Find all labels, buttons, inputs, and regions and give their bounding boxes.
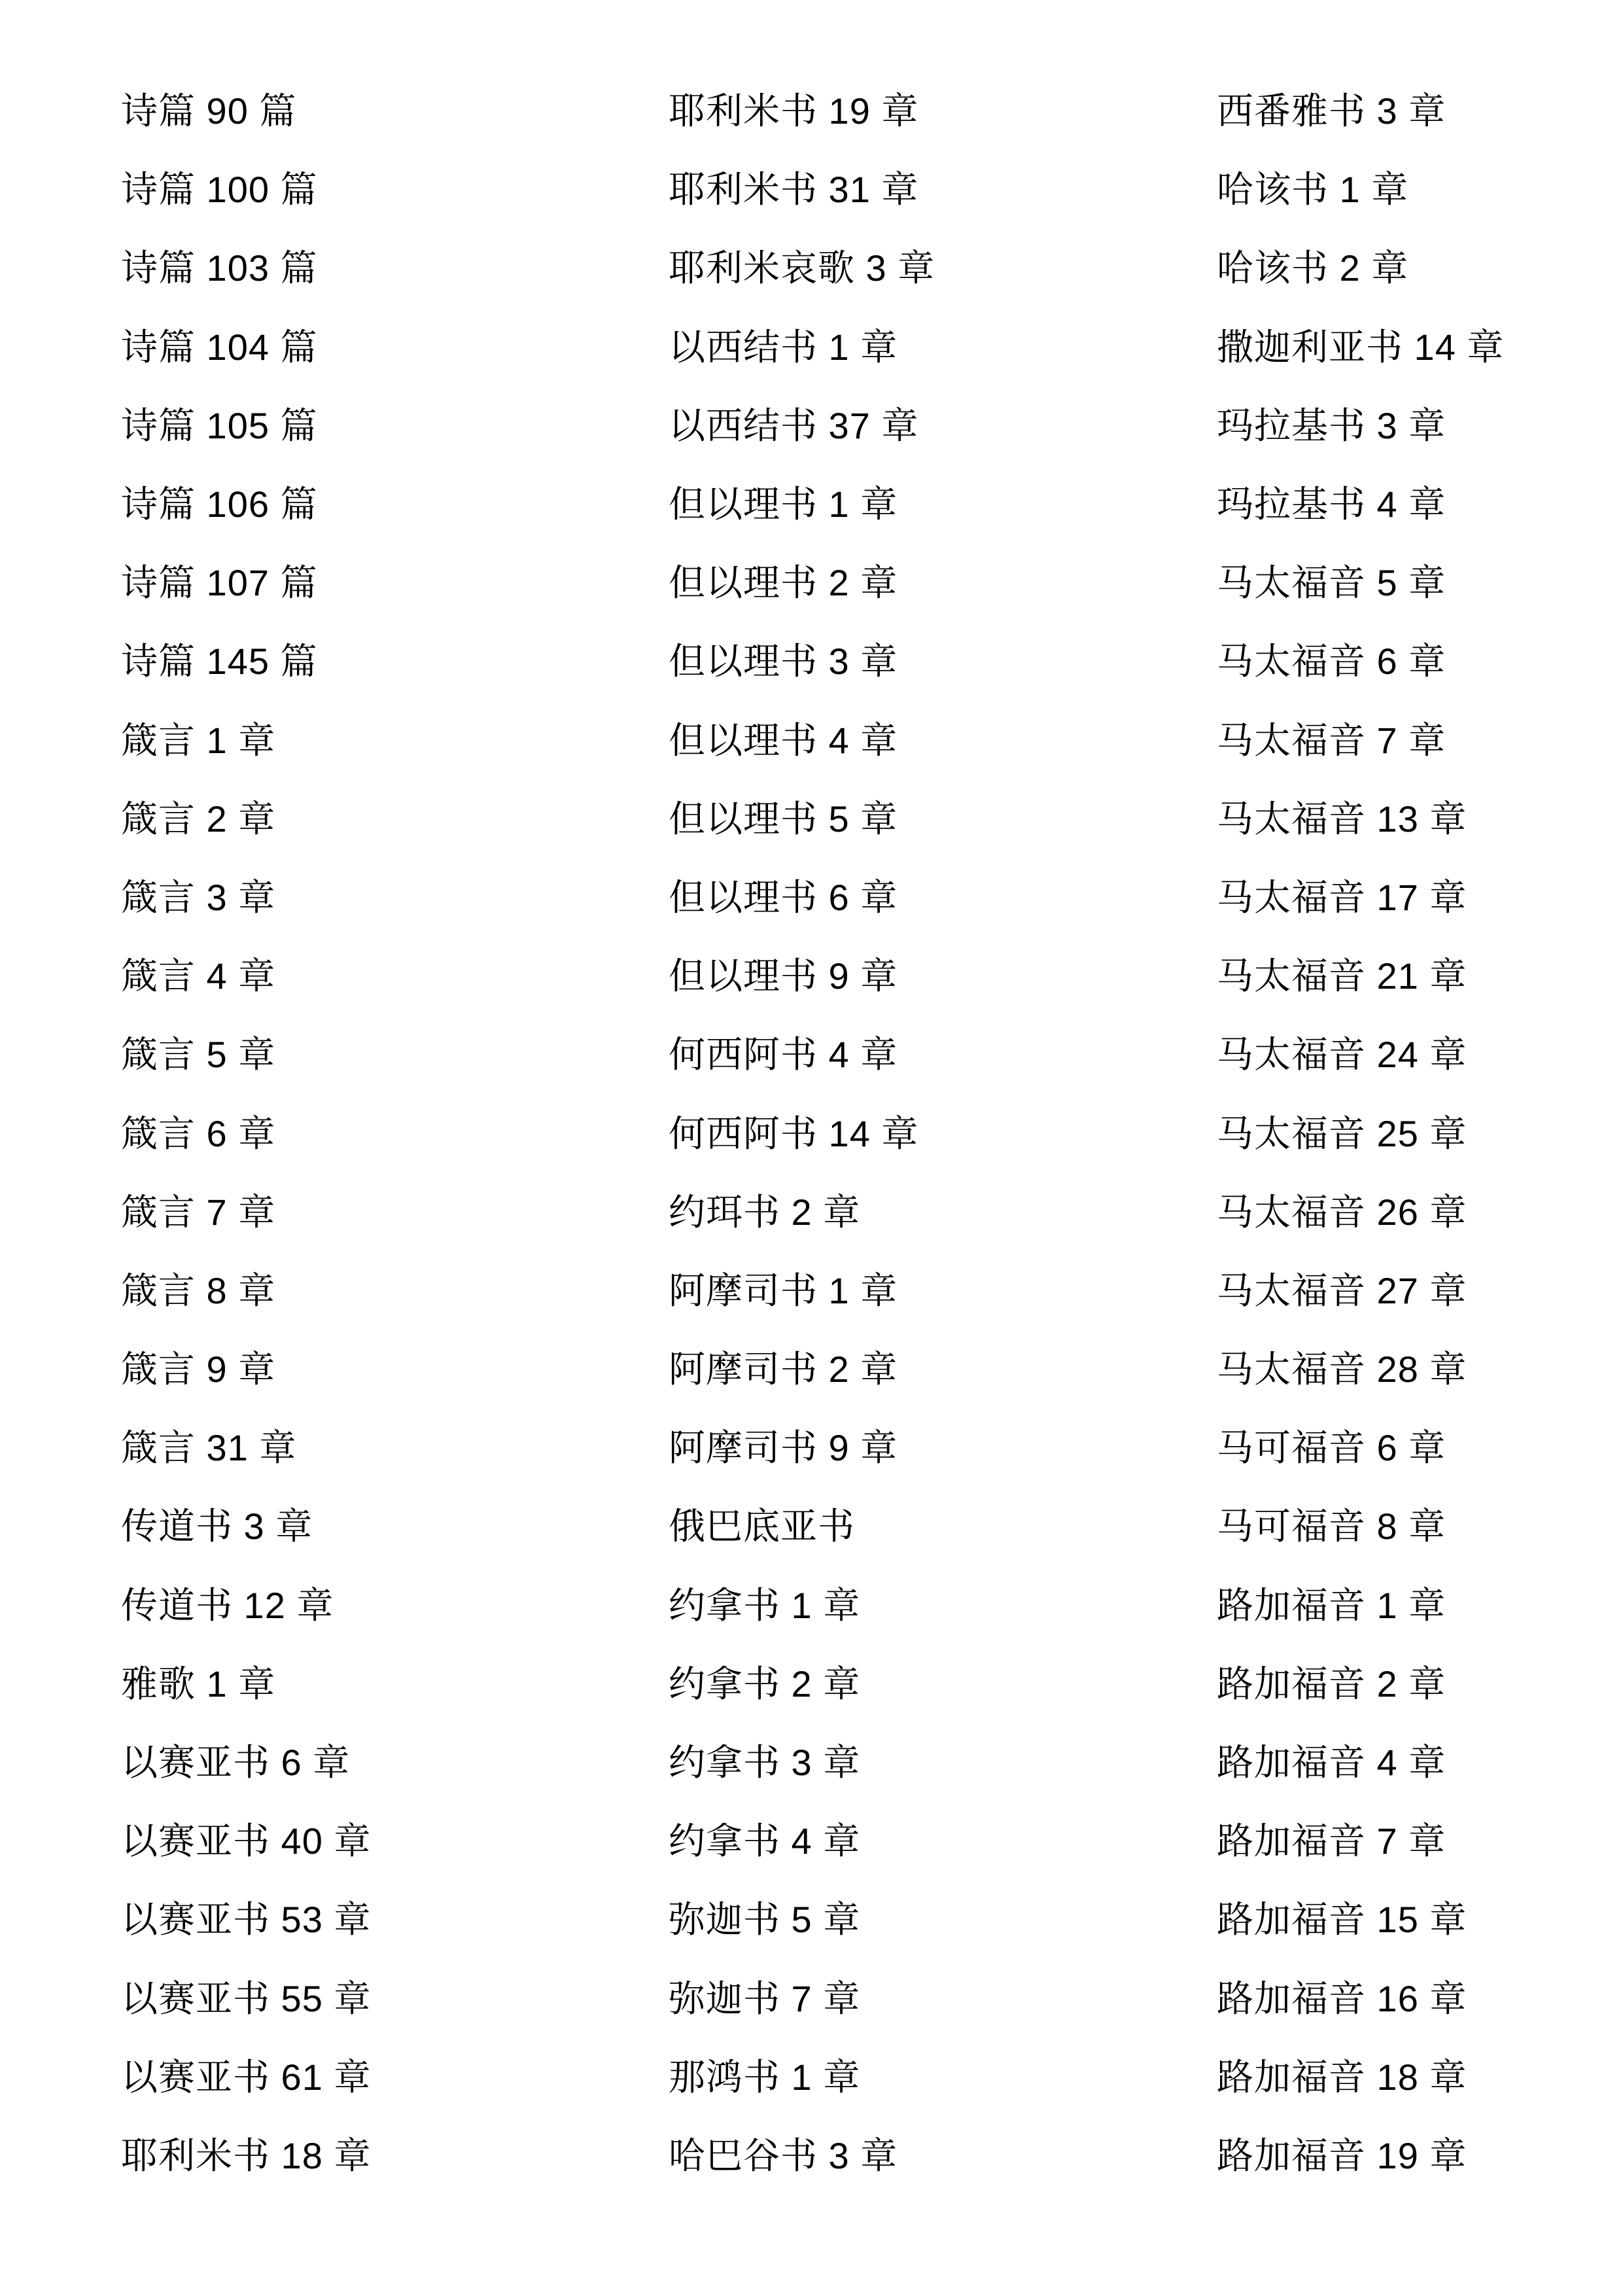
list-item: 以赛亚书 61 章 [121,2038,371,2117]
list-item: 何西阿书 4 章 [669,1016,935,1094]
list-item: 约拿书 2 章 [669,1645,935,1723]
list-item: 哈该书 1 章 [1217,150,1504,229]
list-item: 箴言 7 章 [121,1173,371,1252]
list-item: 路加福音 4 章 [1217,1723,1504,1802]
list-item: 马太福音 17 章 [1217,858,1504,937]
list-item: 马太福音 21 章 [1217,937,1504,1016]
list-item: 马太福音 5 章 [1217,544,1504,622]
list-item: 诗篇 104 篇 [121,308,371,387]
list-item: 传道书 12 章 [121,1566,371,1645]
list-item: 但以理书 6 章 [669,858,935,937]
reading-list-column-1: 诗篇 90 篇诗篇 100 篇诗篇 103 篇诗篇 104 篇诗篇 105 篇诗… [121,72,371,2195]
list-item: 箴言 3 章 [121,858,371,937]
list-item: 路加福音 1 章 [1217,1566,1504,1645]
list-item: 玛拉基书 4 章 [1217,465,1504,544]
list-item: 弥迦书 7 章 [669,1960,935,2038]
list-item: 撒迦利亚书 14 章 [1217,308,1504,387]
list-item: 哈巴谷书 3 章 [669,2117,935,2195]
list-item: 马太福音 26 章 [1217,1173,1504,1252]
list-item: 耶利米书 19 章 [669,72,935,150]
list-item: 耶利米书 31 章 [669,150,935,229]
list-item: 诗篇 106 篇 [121,465,371,544]
list-item: 雅歌 1 章 [121,1645,371,1723]
list-item: 马太福音 6 章 [1217,622,1504,701]
document-page: 诗篇 90 篇诗篇 100 篇诗篇 103 篇诗篇 104 篇诗篇 105 篇诗… [0,0,1623,2296]
list-item: 但以理书 1 章 [669,465,935,544]
list-item: 以赛亚书 6 章 [121,1723,371,1802]
list-item: 那鸿书 1 章 [669,2038,935,2117]
list-item: 马可福音 8 章 [1217,1487,1504,1566]
list-item: 箴言 1 章 [121,701,371,780]
list-item: 约拿书 4 章 [669,1802,935,1881]
list-item: 马太福音 28 章 [1217,1330,1504,1409]
list-item: 以赛亚书 55 章 [121,1960,371,2038]
list-item: 路加福音 18 章 [1217,2038,1504,2117]
list-item: 马太福音 24 章 [1217,1016,1504,1094]
list-item: 阿摩司书 2 章 [669,1330,935,1409]
list-item: 路加福音 19 章 [1217,2117,1504,2195]
reading-list-column-3: 西番雅书 3 章哈该书 1 章哈该书 2 章撒迦利亚书 14 章玛拉基书 3 章… [1217,72,1504,2195]
list-item: 路加福音 15 章 [1217,1881,1504,1959]
list-item: 阿摩司书 9 章 [669,1409,935,1487]
list-item: 以赛亚书 53 章 [121,1881,371,1959]
list-item: 马太福音 7 章 [1217,701,1504,780]
list-item: 路加福音 7 章 [1217,1802,1504,1881]
list-item: 诗篇 145 篇 [121,622,371,701]
list-item: 但以理书 5 章 [669,780,935,858]
list-item: 俄巴底亚书 [669,1487,935,1566]
list-item: 箴言 8 章 [121,1252,371,1330]
list-item: 马太福音 27 章 [1217,1252,1504,1330]
list-item: 路加福音 16 章 [1217,1960,1504,2038]
list-item: 但以理书 3 章 [669,622,935,701]
reading-list-column-2: 耶利米书 19 章耶利米书 31 章耶利米哀歌 3 章以西结书 1 章以西结书 … [669,72,935,2195]
list-item: 以赛亚书 40 章 [121,1802,371,1881]
list-item: 约珥书 2 章 [669,1173,935,1252]
list-item: 诗篇 105 篇 [121,387,371,465]
list-item: 箴言 4 章 [121,937,371,1016]
list-item: 以西结书 37 章 [669,387,935,465]
list-item: 诗篇 103 篇 [121,229,371,308]
list-item: 但以理书 4 章 [669,701,935,780]
list-item: 玛拉基书 3 章 [1217,387,1504,465]
list-item: 马可福音 6 章 [1217,1409,1504,1487]
list-item: 约拿书 3 章 [669,1723,935,1802]
list-item: 诗篇 100 篇 [121,150,371,229]
list-item: 何西阿书 14 章 [669,1094,935,1173]
list-item: 西番雅书 3 章 [1217,72,1504,150]
list-item: 耶利米书 18 章 [121,2117,371,2195]
list-item: 但以理书 2 章 [669,544,935,622]
list-item: 箴言 9 章 [121,1330,371,1409]
list-item: 箴言 6 章 [121,1094,371,1173]
list-item: 约拿书 1 章 [669,1566,935,1645]
list-item: 哈该书 2 章 [1217,229,1504,308]
list-item: 箴言 31 章 [121,1409,371,1487]
list-item: 弥迦书 5 章 [669,1881,935,1959]
list-item: 耶利米哀歌 3 章 [669,229,935,308]
list-item: 马太福音 13 章 [1217,780,1504,858]
list-item: 箴言 5 章 [121,1016,371,1094]
list-item: 箴言 2 章 [121,780,371,858]
list-item: 马太福音 25 章 [1217,1094,1504,1173]
list-item: 传道书 3 章 [121,1487,371,1566]
list-item: 诗篇 90 篇 [121,72,371,150]
list-item: 诗篇 107 篇 [121,544,371,622]
list-item: 但以理书 9 章 [669,937,935,1016]
list-item: 以西结书 1 章 [669,308,935,387]
list-item: 阿摩司书 1 章 [669,1252,935,1330]
list-item: 路加福音 2 章 [1217,1645,1504,1723]
